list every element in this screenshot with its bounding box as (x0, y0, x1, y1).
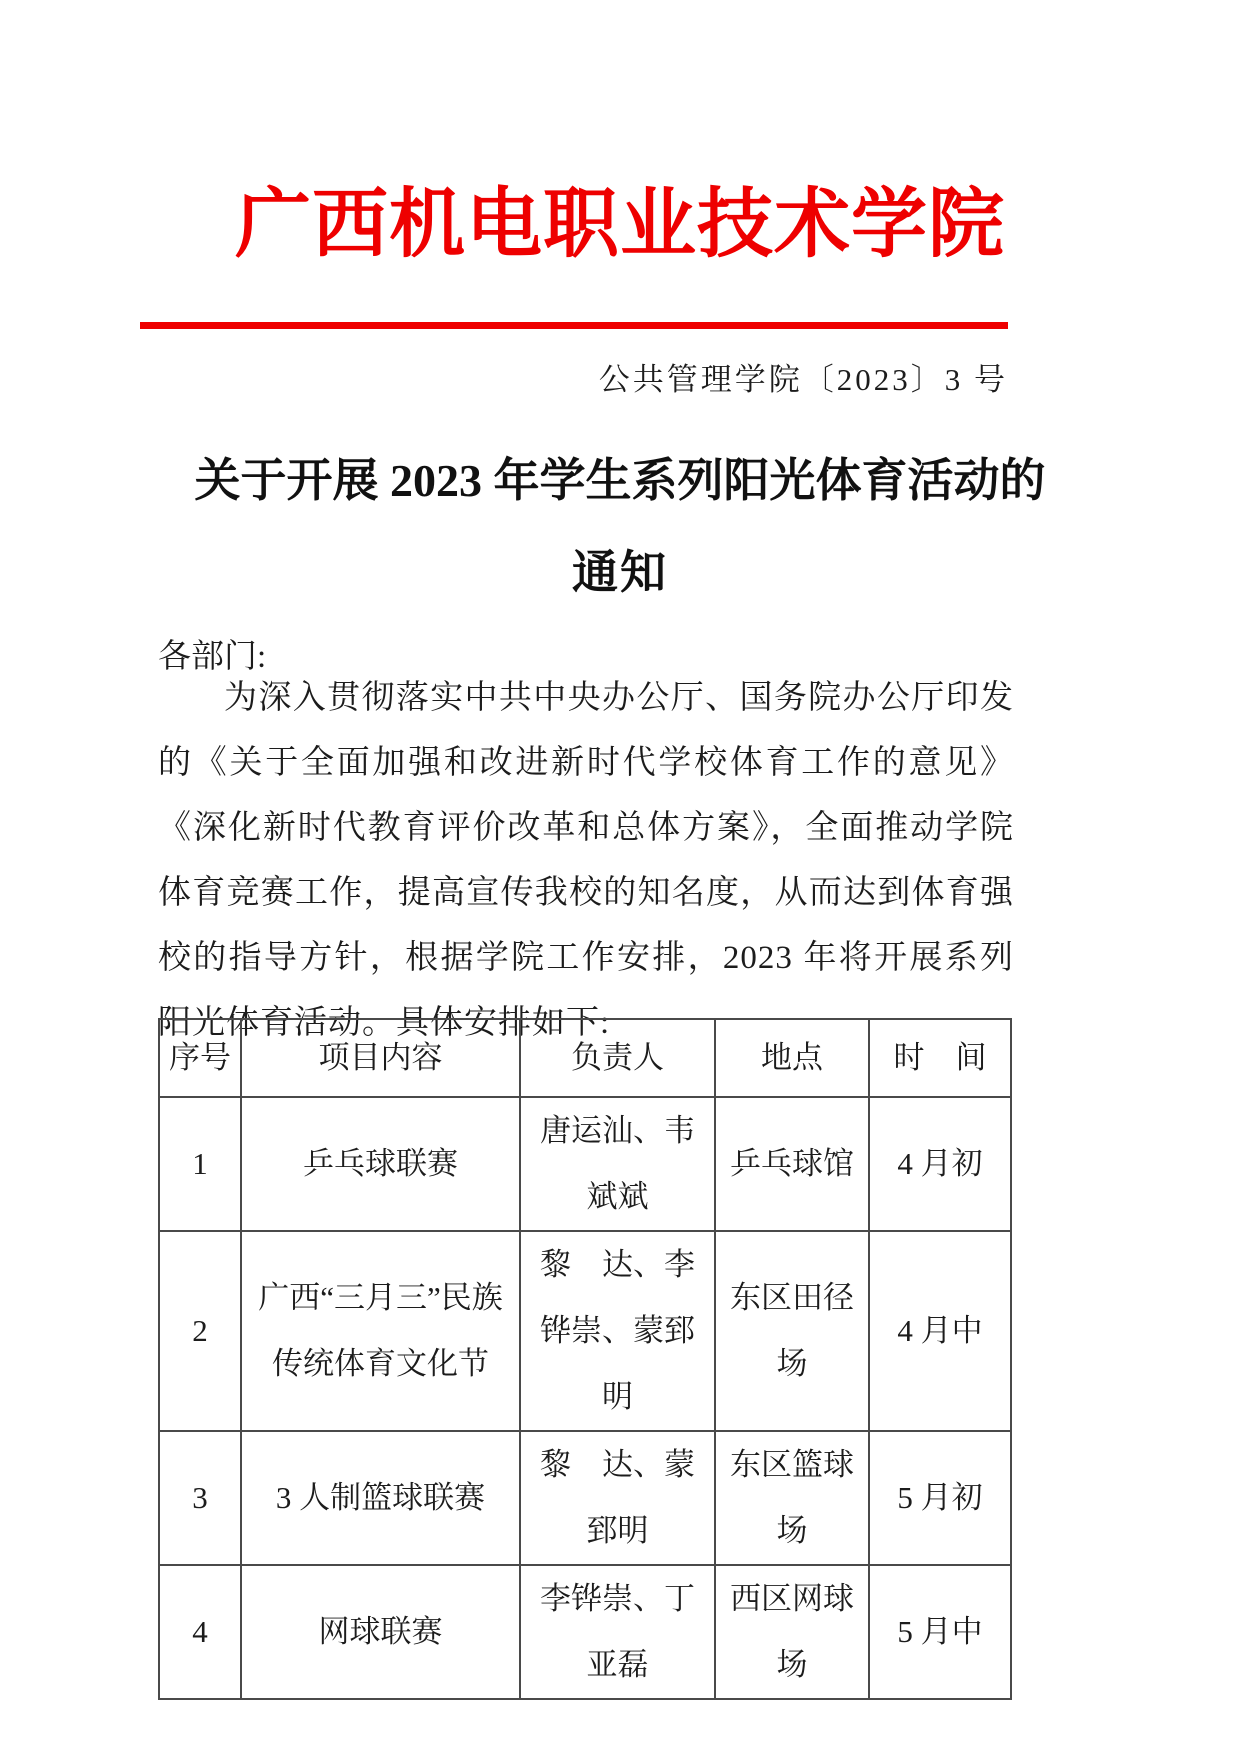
notice-title-line1: 关于开展 2023 年学生系列阳光体育活动的 (0, 444, 1240, 510)
notice-document-page: 广西机电职业技术学院 公共管理学院〔2023〕3 号 关于开展 2023 年学生… (0, 0, 1240, 1753)
cell-project: 网球联赛 (241, 1565, 520, 1699)
cell-lead: 黎 达、蒙郅明 (520, 1431, 715, 1565)
letterhead-title: 广西机电职业技术学院 (0, 180, 1240, 271)
table-row: 3 3 人制篮球联赛 黎 达、蒙郅明 东区篮球场 5 月初 (159, 1431, 1011, 1565)
cell-project: 广西“三月三”民族传统体育文化节 (241, 1231, 520, 1431)
activity-schedule-table: 序号 项目内容 负责人 地点 时 间 1 乒乓球联赛 唐运汕、韦斌斌 乒乓球馆 … (158, 1018, 1012, 1700)
header-cell-venue: 地点 (715, 1019, 869, 1097)
body-paragraph: 为深入贯彻落实中共中央办公厅、国务院办公厅印发的《关于全面加强和改进新时代学校体… (158, 666, 1014, 1056)
cell-no: 1 (159, 1097, 241, 1231)
table-row: 2 广西“三月三”民族传统体育文化节 黎 达、李铧崇、蒙郅明 东区田径场 4 月… (159, 1231, 1011, 1431)
table-header-row: 序号 项目内容 负责人 地点 时 间 (159, 1019, 1011, 1097)
header-cell-lead: 负责人 (520, 1019, 715, 1097)
cell-project: 3 人制篮球联赛 (241, 1431, 520, 1565)
cell-project: 乒乓球联赛 (241, 1097, 520, 1231)
cell-no: 3 (159, 1431, 241, 1565)
cell-lead: 李铧崇、丁亚磊 (520, 1565, 715, 1699)
cell-time: 5 月初 (869, 1431, 1011, 1565)
cell-time: 5 月中 (869, 1565, 1011, 1699)
cell-time: 4 月初 (869, 1097, 1011, 1231)
notice-title-line2: 通知 (0, 536, 1240, 602)
cell-lead: 黎 达、李铧崇、蒙郅明 (520, 1231, 715, 1431)
header-cell-no: 序号 (159, 1019, 241, 1097)
cell-no: 4 (159, 1565, 241, 1699)
cell-no: 2 (159, 1231, 241, 1431)
cell-venue: 东区田径场 (715, 1231, 869, 1431)
cell-venue: 乒乓球馆 (715, 1097, 869, 1231)
letterhead-divider-rule (140, 322, 1008, 329)
table-row: 4 网球联赛 李铧崇、丁亚磊 西区网球场 5 月中 (159, 1565, 1011, 1699)
table-row: 1 乒乓球联赛 唐运汕、韦斌斌 乒乓球馆 4 月初 (159, 1097, 1011, 1231)
document-number: 公共管理学院〔2023〕3 号 (140, 354, 1008, 399)
header-cell-project: 项目内容 (241, 1019, 520, 1097)
cell-time: 4 月中 (869, 1231, 1011, 1431)
header-cell-time: 时 间 (869, 1019, 1011, 1097)
cell-venue: 西区网球场 (715, 1565, 869, 1699)
cell-lead: 唐运汕、韦斌斌 (520, 1097, 715, 1231)
cell-venue: 东区篮球场 (715, 1431, 869, 1565)
